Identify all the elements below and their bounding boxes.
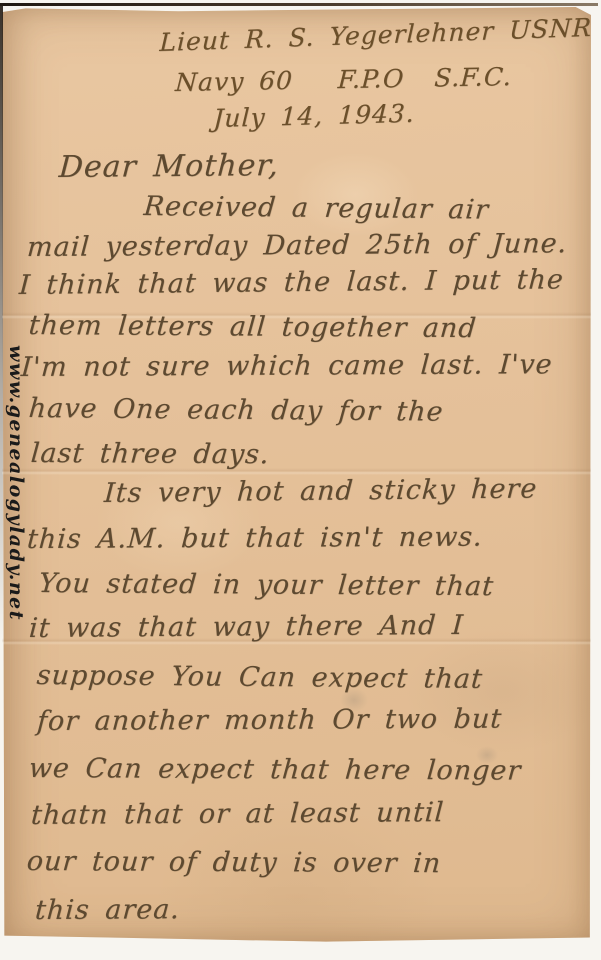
letter-line: this A.M. but that isn't news. [26, 522, 484, 555]
letter-line: it was that way there And I [28, 610, 465, 644]
letter-line: I think that was the last. I put the [18, 264, 565, 301]
salutation: Dear Mother, [58, 148, 280, 185]
letter-line: them letters all together and [28, 310, 478, 344]
header-date-line: July 14, 1943. [213, 99, 416, 133]
letter-line: You stated in your letter that [38, 568, 496, 602]
scanner-edge-top [0, 3, 598, 6]
letter-scan: www.genealogylady.net Lieut R. S. Yegerl… [0, 0, 601, 960]
letter-line: Its very hot and sticky here [103, 473, 538, 509]
letter-line: mail yesterday Dated 25th of June. [26, 228, 568, 263]
letter-line: I'm not sure which came last. I've [20, 349, 554, 383]
letter-line: Received a regular air [143, 191, 491, 226]
letter-line: have One each day for the [28, 393, 445, 428]
letter-line: we Can expect that here longer [28, 753, 523, 787]
letter-line: our tour of duty is over in [26, 846, 443, 879]
letter-line: suppose You Can expect that [36, 660, 485, 695]
letter-line: for another month Or two but [36, 704, 503, 737]
watermark-text: www.genealogylady.net [5, 345, 27, 621]
header-address-line: Navy 60 F.P.O S.F.C. [174, 62, 512, 97]
letter-line: thatn that or at least until [30, 797, 445, 831]
letter-line: this area. [34, 894, 181, 926]
letter-line: last three days. [30, 438, 271, 470]
scanner-edge-left [0, 3, 3, 643]
